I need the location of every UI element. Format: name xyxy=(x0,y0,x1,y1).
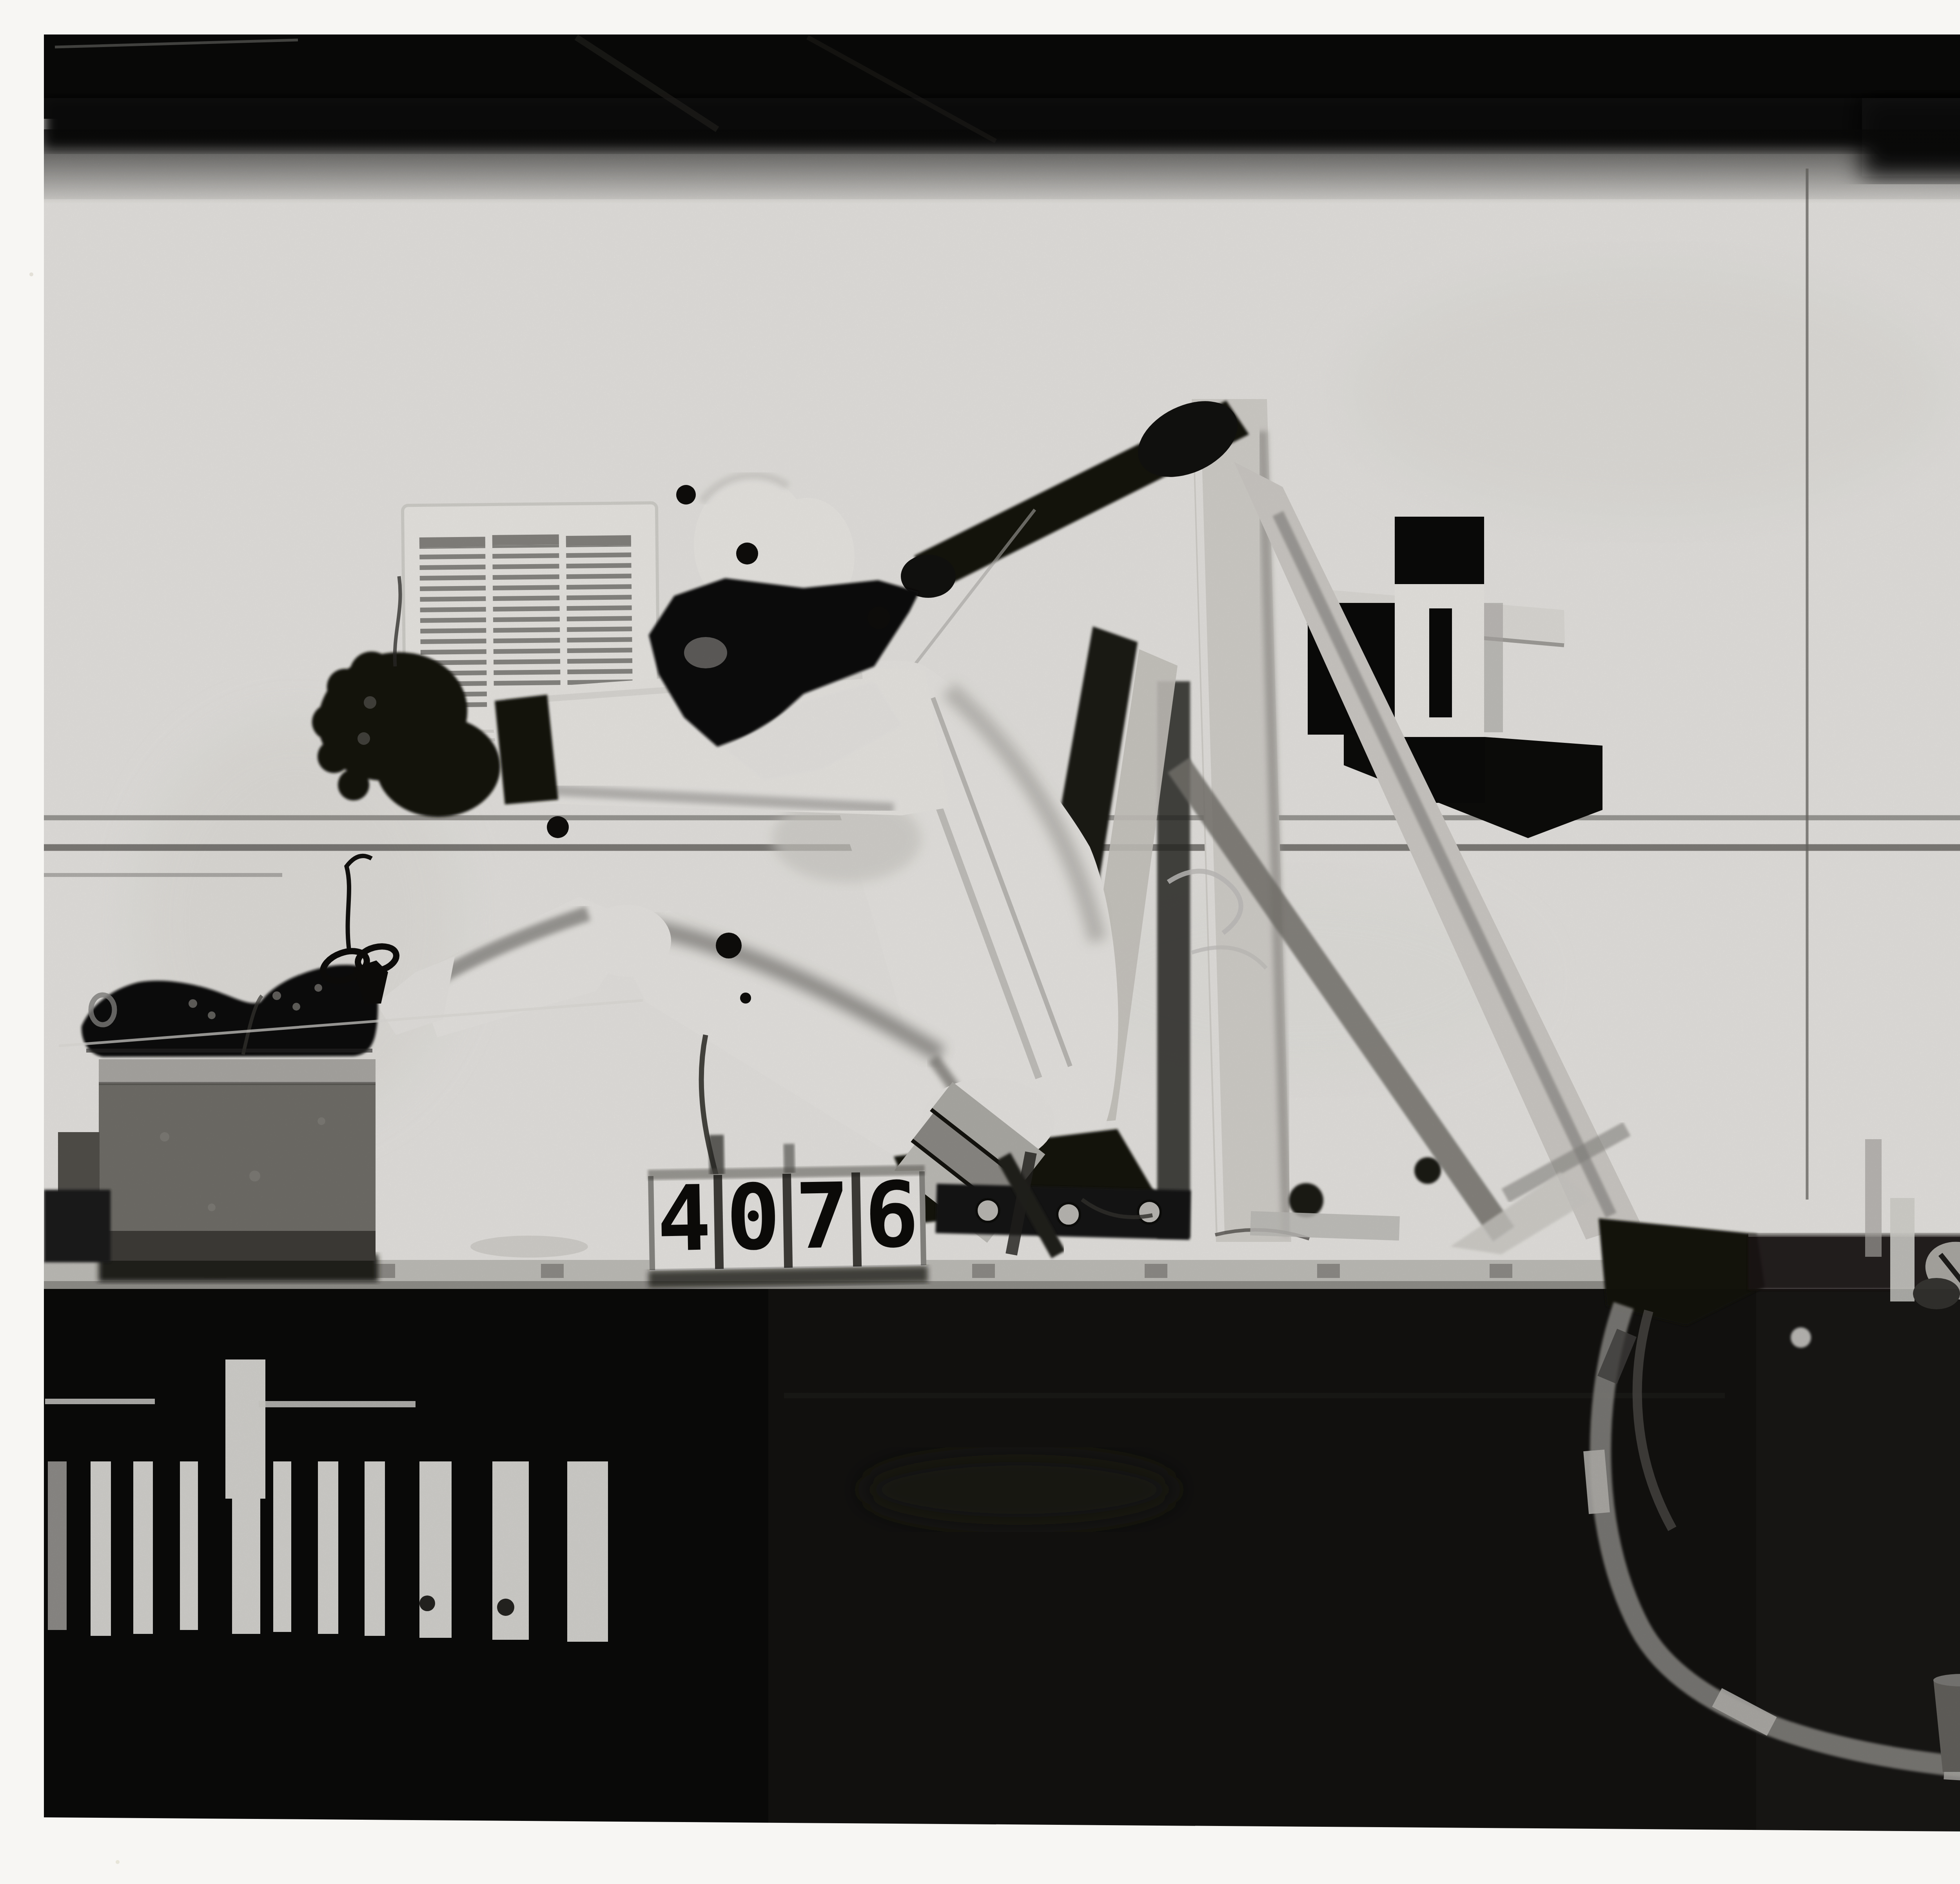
photo-print: 4076 xyxy=(44,34,1960,1854)
photo-scan-page: 4076 xyxy=(0,0,1960,1884)
film-grain-top-band xyxy=(44,34,1960,199)
crash-test-photograph: 4076 xyxy=(0,0,1960,1884)
film-grain-dark-band xyxy=(44,1289,1960,1837)
